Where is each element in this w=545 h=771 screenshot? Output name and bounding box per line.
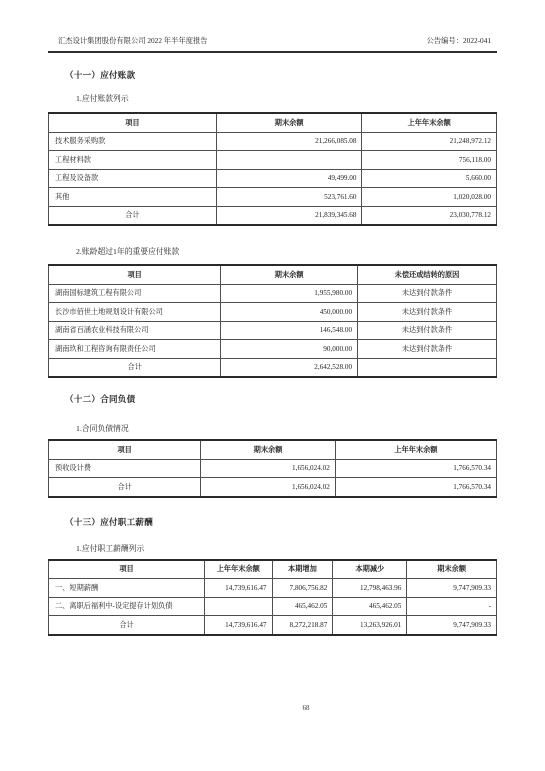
table-cell: 湖南省百涵农业科技有限公司 — [49, 321, 221, 340]
table-cell: 1,955,980.00 — [221, 284, 358, 303]
table-header-cell: 项目 — [49, 440, 201, 459]
table-header-cell: 本期减少 — [333, 560, 407, 579]
section-heading-accounts-payable: （十一）应付账款 — [65, 70, 497, 81]
table-cell: 二、离职后福利中-设定提存计划负债 — [49, 597, 205, 616]
table-cell: 9,747,909.33 — [407, 579, 497, 598]
table-header-cell: 本期增加 — [272, 560, 333, 579]
table-header-cell: 项目 — [49, 560, 205, 579]
table-row: 湖南玖和工程咨询有限责任公司90,000.00未达到付款条件 — [49, 340, 497, 359]
table-cell: 2,642,528.00 — [221, 358, 358, 377]
table-row: 技术服务采购款21,266,085.0821,248,972.12 — [49, 132, 497, 151]
table-cell: 523,761.60 — [216, 188, 362, 207]
table-cell: 465,462.05 — [272, 597, 333, 616]
table-row: 合计14,739,616.478,272,218.8713,263,926.01… — [49, 616, 497, 635]
table-cell — [205, 597, 272, 616]
table-cell: 1,766,570.34 — [335, 478, 496, 497]
table-header-cell: 期末余额 — [201, 440, 335, 459]
table-cell: 9,747,909.33 — [407, 616, 497, 635]
table-header-cell: 上年年末余额 — [205, 560, 272, 579]
table-cell: 湖南玖和工程咨询有限责任公司 — [49, 340, 221, 359]
table-row: 工程及设备款49,499.005,660.00 — [49, 169, 497, 188]
table-row: 合计21,839,345.6823,030,778.12 — [49, 206, 497, 225]
table-cell: 其他 — [49, 188, 217, 207]
subsection-title-aging-payables: 2.账龄超过1年的重要应付账款 — [76, 247, 497, 257]
aging-payables-table: 项目期末余额未偿还或结转的原因湖南国标建筑工程有限公司1,955,980.00未… — [48, 264, 497, 378]
table-header-cell: 期末余额 — [407, 560, 497, 579]
table-cell: 未达到付款条件 — [358, 340, 497, 359]
table-cell: 合计 — [49, 616, 205, 635]
table-cell: 21,839,345.68 — [216, 206, 362, 225]
table-cell: 23,030,778.12 — [362, 206, 497, 225]
section-heading-contract-liabilities: （十二）合同负债 — [65, 394, 497, 405]
table-cell — [216, 151, 362, 170]
table-cell: 技术服务采购款 — [49, 132, 217, 151]
page-header: 汇杰设计集团股份有限公司 2022 年半年度报告 公告编号：2022-041 — [48, 36, 497, 53]
table-cell: 湖南国标建筑工程有限公司 — [49, 284, 221, 303]
table-header-cell: 期末余额 — [216, 113, 362, 132]
table-cell: 合计 — [49, 358, 221, 377]
table-cell: 未达到付款条件 — [358, 303, 497, 322]
table-cell: 12,798,463.96 — [333, 579, 407, 598]
table-cell: 450,000.00 — [221, 303, 358, 322]
table-cell: 465,462.05 — [333, 597, 407, 616]
table-row: 一、短期薪酬14,739,616.477,806,756.8212,798,46… — [49, 579, 497, 598]
table-cell: 一、短期薪酬 — [49, 579, 205, 598]
table-header-row: 项目期末余额未偿还或结转的原因 — [49, 265, 497, 284]
table-cell: 未达到付款条件 — [358, 284, 497, 303]
table-cell: 合计 — [49, 206, 217, 225]
table-cell: 工程及设备款 — [49, 169, 217, 188]
table-cell: 未达到付款条件 — [358, 321, 497, 340]
table-cell: 21,248,972.12 — [362, 132, 497, 151]
table-cell: 14,739,616.47 — [205, 579, 272, 598]
table-cell: 756,118.00 — [362, 151, 497, 170]
table-row: 合计2,642,528.00 — [49, 358, 497, 377]
table-cell: 长沙市佰世土地规划设计有限公司 — [49, 303, 221, 322]
report-title: 汇杰设计集团股份有限公司 2022 年半年度报告 — [58, 36, 208, 46]
table-cell: 预收设计费 — [49, 459, 201, 478]
table-cell: 146,548.00 — [221, 321, 358, 340]
table-cell: 90,000.00 — [221, 340, 358, 359]
accounts-payable-table: 项目期末余额上年年末余额技术服务采购款21,266,085.0821,248,9… — [48, 112, 497, 226]
table-cell: - — [407, 597, 497, 616]
subsection-title-payable-list: 1.应付账款列示 — [76, 94, 497, 104]
table-header-row: 项目期末余额上年年末余额 — [49, 113, 497, 132]
announcement-number: 公告编号：2022-041 — [427, 36, 491, 46]
table-header-cell: 项目 — [49, 113, 217, 132]
table-row: 湖南国标建筑工程有限公司1,955,980.00未达到付款条件 — [49, 284, 497, 303]
table-cell: 工程材料款 — [49, 151, 217, 170]
page-number: 68 — [295, 704, 317, 712]
table-row: 合计1,656,024.021,766,570.34 — [49, 478, 497, 497]
page-content: （十一）应付账款 1.应付账款列示 项目期末余额上年年末余额技术服务采购款21,… — [48, 54, 497, 636]
contract-liabilities-table: 项目期末余额上年年末余额预收设计费1,656,024.021,766,570.3… — [48, 439, 497, 498]
subsection-title-contract-liabilities: 1.合同负债情况 — [76, 424, 497, 434]
table-row: 二、离职后福利中-设定提存计划负债465,462.05465,462.05- — [49, 597, 497, 616]
table-cell: 13,263,926.01 — [333, 616, 407, 635]
table-header-cell: 未偿还或结转的原因 — [358, 265, 497, 284]
table-row: 工程材料款756,118.00 — [49, 151, 497, 170]
employee-compensation-table: 项目上年年末余额本期增加本期减少期末余额一、短期薪酬14,739,616.477… — [48, 559, 497, 636]
table-cell: 1,656,024.02 — [201, 478, 335, 497]
table-cell: 14,739,616.47 — [205, 616, 272, 635]
report-page: 汇杰设计集团股份有限公司 2022 年半年度报告 公告编号：2022-041 （… — [0, 0, 545, 771]
table-cell: 1,020,028.00 — [362, 188, 497, 207]
table-cell: 1,656,024.02 — [201, 459, 335, 478]
table-cell: 合计 — [49, 478, 201, 497]
table-header-row: 项目上年年末余额本期增加本期减少期末余额 — [49, 560, 497, 579]
table-header-cell: 上年年末余额 — [362, 113, 497, 132]
table-header-cell: 期末余额 — [221, 265, 358, 284]
table-cell — [358, 358, 497, 377]
table-cell: 7,806,756.82 — [272, 579, 333, 598]
table-row: 其他523,761.601,020,028.00 — [49, 188, 497, 207]
table-header-cell: 上年年末余额 — [335, 440, 496, 459]
table-cell: 5,660.00 — [362, 169, 497, 188]
subsection-title-employee-compensation: 1.应付职工薪酬列示 — [76, 544, 497, 554]
table-row: 湖南省百涵农业科技有限公司146,548.00未达到付款条件 — [49, 321, 497, 340]
table-cell: 49,499.00 — [216, 169, 362, 188]
table-cell: 21,266,085.08 — [216, 132, 362, 151]
table-cell: 8,272,218.87 — [272, 616, 333, 635]
section-heading-employee-compensation: （十三）应付职工薪酬 — [65, 517, 497, 528]
table-header-row: 项目期末余额上年年末余额 — [49, 440, 497, 459]
table-cell: 1,766,570.34 — [335, 459, 496, 478]
table-header-cell: 项目 — [49, 265, 221, 284]
table-row: 长沙市佰世土地规划设计有限公司450,000.00未达到付款条件 — [49, 303, 497, 322]
table-row: 预收设计费1,656,024.021,766,570.34 — [49, 459, 497, 478]
